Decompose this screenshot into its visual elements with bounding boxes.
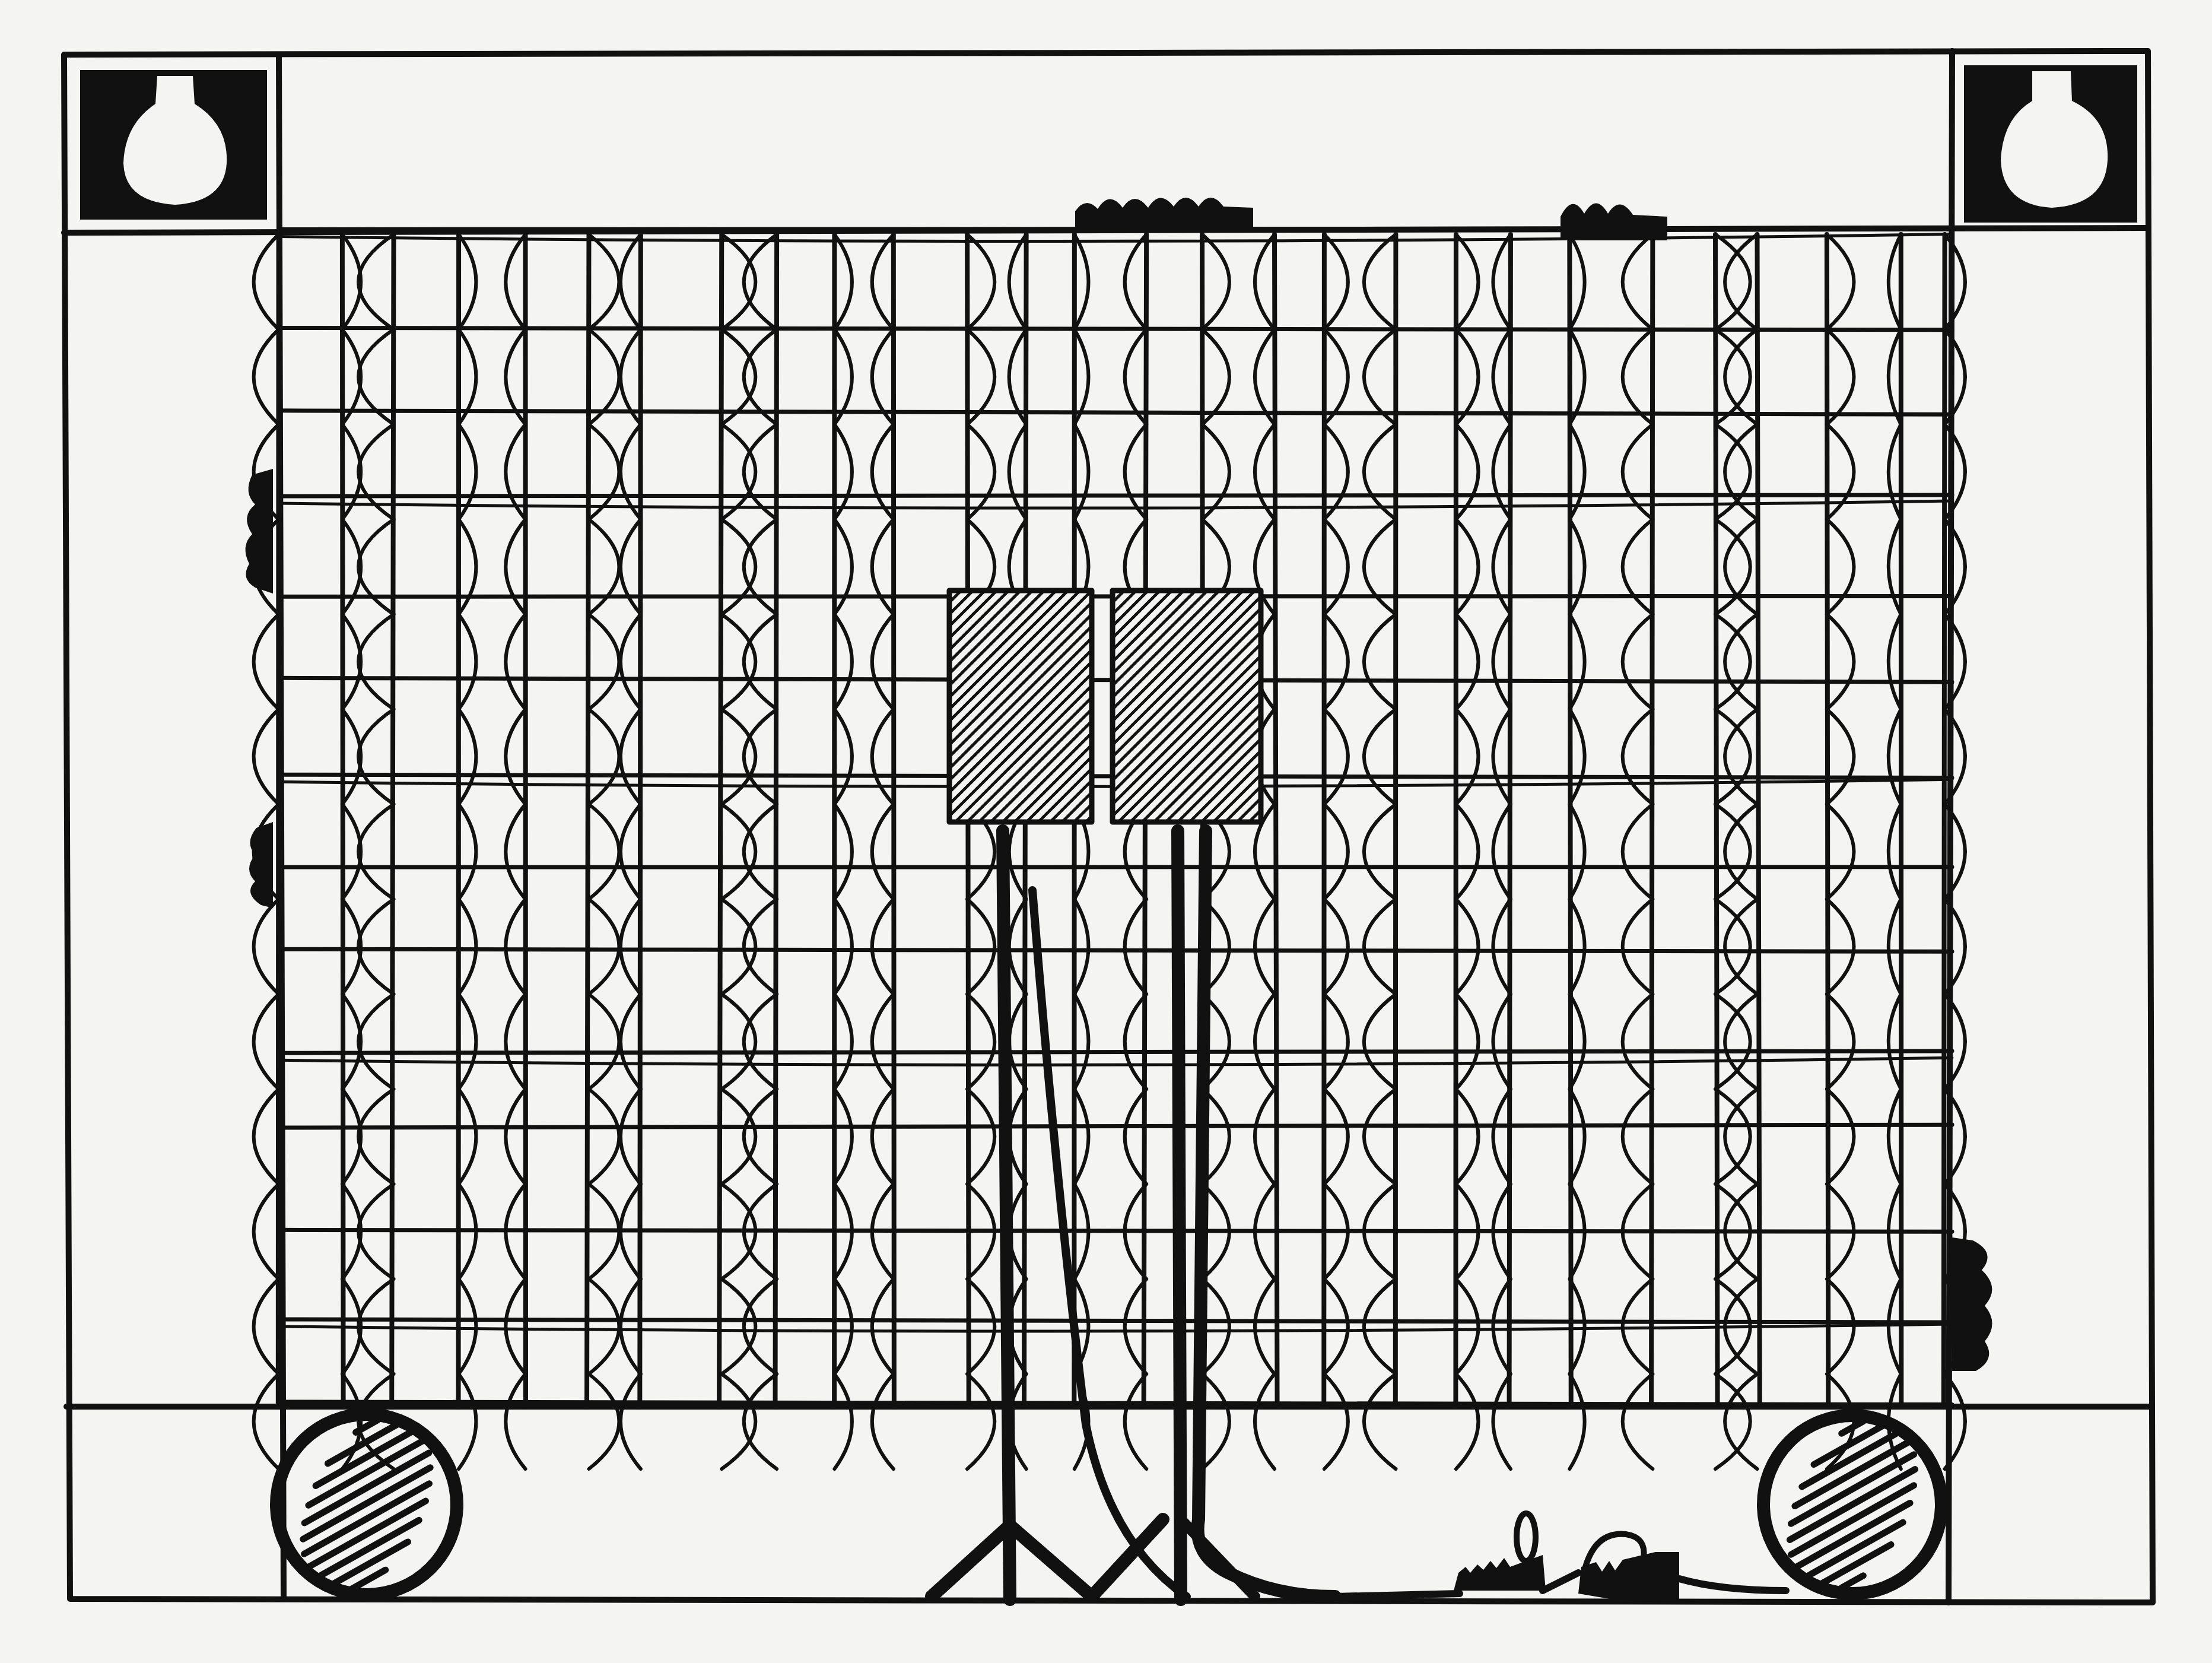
vase-emblem-right [1964,65,2137,223]
vase-emblem-left [80,70,267,220]
ink-drawing [0,0,2212,1663]
